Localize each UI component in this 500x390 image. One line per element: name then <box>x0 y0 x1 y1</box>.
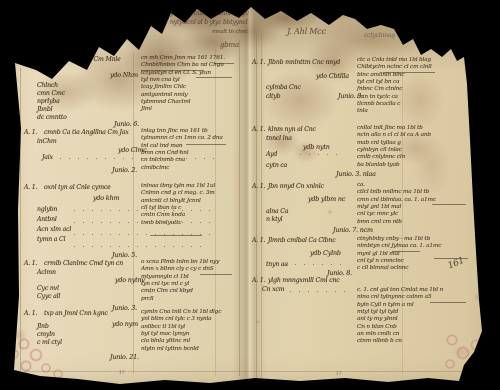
entry-marker: A. 1. <box>24 57 37 63</box>
manuscript-sheet: Jybtn nn tnbncnc cnnl Pbtyc nytyclcnl al… <box>0 0 500 390</box>
left-page-header-line: Jybtn nn tnbncnc cnnl Pbtyc <box>168 11 248 17</box>
edge-vignette <box>0 0 500 390</box>
photo-background: Jybtn nn tnbncnc cnnl Pbtyc nytyclcnl al… <box>0 0 500 390</box>
entry-subname: Cmc - <box>37 66 54 72</box>
